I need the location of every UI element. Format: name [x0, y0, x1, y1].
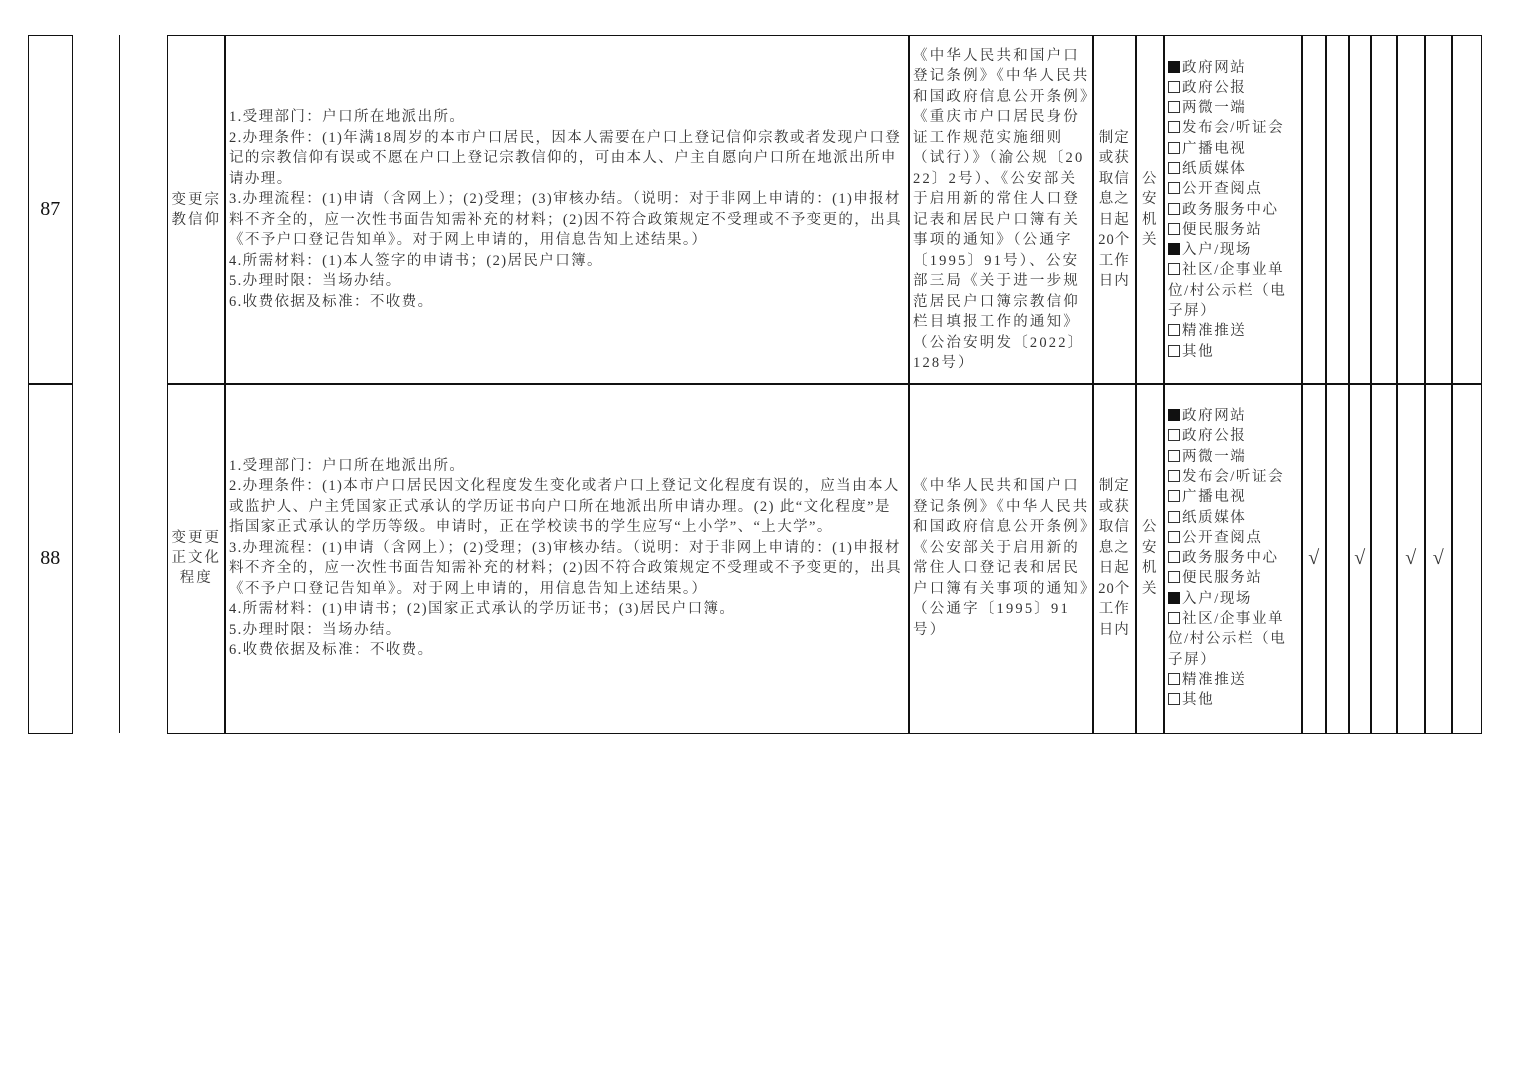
channel-label: 政府公报 — [1182, 428, 1246, 444]
checked-box-icon — [1168, 61, 1180, 73]
channel-option: 精准推送 — [1168, 670, 1299, 690]
channel-label: 公开查阅点 — [1182, 181, 1263, 197]
item-name-cell: 变更更正文化程度 — [167, 383, 226, 734]
channel-label: 社区/企事业单位/村公示栏（电子屏） — [1168, 262, 1286, 319]
unchecked-box-icon — [1168, 551, 1180, 563]
unchecked-box-icon — [1168, 450, 1180, 462]
channel-label: 其他 — [1182, 692, 1214, 708]
mark-cell — [1325, 35, 1350, 385]
legal-basis-cell: 《中华人民共和国户口登记条例》《中华人民共和国政府信息公开条例》《公安部关于启用… — [908, 383, 1094, 734]
channel-label: 精准推送 — [1182, 672, 1246, 688]
unchecked-box-icon — [1168, 142, 1180, 154]
channel-option: 公开查阅点 — [1168, 528, 1299, 548]
legal-basis-cell: 《中华人民共和国户口登记条例》《中华人民共和国政府信息公开条例》《重庆市户口居民… — [908, 35, 1094, 385]
mark-cell: √ — [1301, 383, 1327, 734]
disclosure-subject: 公安机关 — [1139, 517, 1161, 599]
channel-option: 纸质媒体 — [1168, 159, 1299, 179]
channel-option: 社区/企事业单位/村公示栏（电子屏） — [1168, 609, 1299, 670]
channel-label: 便民服务站 — [1182, 570, 1263, 586]
checked-box-icon — [1168, 243, 1180, 255]
content-line: 4.所需材料：(1)申请书；(2)国家正式承认的学历证书；(3)居民户口簿。 — [229, 599, 907, 620]
channel-label: 入户/现场 — [1182, 242, 1252, 258]
check-mark-icon: √ — [1433, 547, 1444, 570]
check-mark-icon: √ — [1405, 547, 1416, 570]
channel-option: 便民服务站 — [1168, 220, 1299, 240]
item-name: 变更宗教信仰 — [170, 190, 223, 230]
mark-cell — [1301, 35, 1327, 385]
channel-option: 政府公报 — [1168, 78, 1299, 98]
channel-option: 发布会/听证会 — [1168, 467, 1299, 487]
unchecked-box-icon — [1168, 429, 1180, 441]
row-number: 88 — [40, 547, 60, 570]
time-limit-cell: 制定或获取信息之日起20个工作日内 — [1092, 383, 1137, 734]
unchecked-box-icon — [1168, 81, 1180, 93]
channel-option: 公开查阅点 — [1168, 179, 1299, 199]
channel-label: 政府公报 — [1182, 80, 1246, 96]
channel-option: 广播电视 — [1168, 487, 1299, 507]
unchecked-box-icon — [1168, 531, 1180, 543]
content-line: 2.办理条件：(1)本市户口居民因文化程度发生变化或者户口上登记文化程度有误的，… — [229, 476, 907, 538]
time-limit: 制定或获取信息之日起20个工作日内 — [1096, 476, 1133, 640]
mark-cell — [1348, 35, 1372, 385]
subject-cell: 公安机关 — [1135, 383, 1165, 734]
channel-option: 纸质媒体 — [1168, 508, 1299, 528]
unchecked-box-icon — [1168, 203, 1180, 215]
channel-option: 两微一端 — [1168, 98, 1299, 118]
channel-label: 精准推送 — [1182, 323, 1246, 339]
row-number-cell: 88 — [28, 383, 73, 734]
subject-cell: 公安机关 — [1135, 35, 1165, 385]
channel-option: 便民服务站 — [1168, 568, 1299, 588]
channel-option: 政务服务中心 — [1168, 200, 1299, 220]
channel-label: 广播电视 — [1182, 489, 1246, 505]
content-line: 3.办理流程：(1)申请（含网上）；(2)受理；(3)审核办结。（说明：对于非网… — [229, 538, 907, 600]
channel-label: 公开查阅点 — [1182, 530, 1263, 546]
channel-label: 其他 — [1182, 344, 1214, 360]
channel-label: 两微一端 — [1182, 449, 1246, 465]
content-line: 6.收费依据及标准：不收费。 — [229, 292, 907, 313]
unchecked-box-icon — [1168, 511, 1180, 523]
row-number: 87 — [40, 198, 60, 221]
time-limit: 制定或获取信息之日起20个工作日内 — [1096, 128, 1133, 292]
channel-label: 政务服务中心 — [1182, 550, 1279, 566]
mark-cell — [1451, 383, 1482, 734]
item-name-cell: 变更宗教信仰 — [167, 35, 226, 385]
check-mark-icon: √ — [1308, 547, 1319, 570]
channel-label: 广播电视 — [1182, 141, 1246, 157]
channel-label: 政府网站 — [1182, 408, 1246, 424]
channel-label: 便民服务站 — [1182, 222, 1263, 238]
checked-box-icon — [1168, 409, 1180, 421]
legal-basis: 《中华人民共和国户口登记条例》《中华人民共和国政府信息公开条例》《重庆市户口居民… — [913, 46, 1090, 374]
channel-label: 发布会/听证会 — [1182, 120, 1284, 136]
legal-basis: 《中华人民共和国户口登记条例》《中华人民共和国政府信息公开条例》《公安部关于启用… — [913, 476, 1090, 640]
unchecked-box-icon — [1168, 182, 1180, 194]
channel-option: 政府网站 — [1168, 58, 1299, 78]
mark-cell — [1370, 383, 1398, 734]
channel-label: 纸质媒体 — [1182, 161, 1246, 177]
unchecked-box-icon — [1168, 470, 1180, 482]
column-divider — [119, 35, 120, 733]
content-line: 1.受理部门：户口所在地派出所。 — [229, 107, 907, 128]
channels-cell: 政府网站政府公报两微一端发布会/听证会广播电视纸质媒体公开查阅点政务服务中心便民… — [1163, 383, 1303, 734]
unchecked-box-icon — [1168, 101, 1180, 113]
unchecked-box-icon — [1168, 571, 1180, 583]
unchecked-box-icon — [1168, 673, 1180, 685]
channel-option: 政府公报 — [1168, 426, 1299, 446]
item-content-cell: 1.受理部门：户口所在地派出所。2.办理条件：(1)本市户口居民因文化程度发生变… — [224, 383, 910, 734]
unchecked-box-icon — [1168, 324, 1180, 336]
unchecked-box-icon — [1168, 263, 1180, 275]
channel-label: 政务服务中心 — [1182, 202, 1279, 218]
mark-cell — [1451, 35, 1482, 385]
check-mark-icon: √ — [1354, 547, 1365, 570]
checked-box-icon — [1168, 592, 1180, 604]
content-line: 5.办理时限：当场办结。 — [229, 620, 907, 641]
time-limit-cell: 制定或获取信息之日起20个工作日内 — [1092, 35, 1137, 385]
channel-option: 两微一端 — [1168, 447, 1299, 467]
channel-option: 发布会/听证会 — [1168, 118, 1299, 138]
channel-option: 入户/现场 — [1168, 589, 1299, 609]
channel-option: 入户/现场 — [1168, 240, 1299, 260]
channels-cell: 政府网站政府公报两微一端发布会/听证会广播电视纸质媒体公开查阅点政务服务中心便民… — [1163, 35, 1303, 385]
unchecked-box-icon — [1168, 693, 1180, 705]
channel-option: 其他 — [1168, 342, 1299, 362]
mark-cell — [1396, 35, 1426, 385]
mark-cell — [1370, 35, 1398, 385]
content-line: 4.所需材料：(1)本人签字的申请书；(2)居民户口簿。 — [229, 251, 907, 272]
channel-label: 发布会/听证会 — [1182, 469, 1284, 485]
channel-label: 纸质媒体 — [1182, 510, 1246, 526]
channel-label: 入户/现场 — [1182, 591, 1252, 607]
content-line: 2.办理条件：(1)年满18周岁的本市户口居民，因本人需要在户口上登记信仰宗教或… — [229, 128, 907, 190]
channel-option: 广播电视 — [1168, 139, 1299, 159]
mark-cell — [1325, 383, 1350, 734]
unchecked-box-icon — [1168, 121, 1180, 133]
channel-option: 政府网站 — [1168, 406, 1299, 426]
unchecked-box-icon — [1168, 612, 1180, 624]
channel-option: 精准推送 — [1168, 321, 1299, 341]
unchecked-box-icon — [1168, 345, 1180, 357]
mark-cell: √ — [1348, 383, 1372, 734]
content-line: 1.受理部门：户口所在地派出所。 — [229, 456, 907, 477]
channel-option: 社区/企事业单位/村公示栏（电子屏） — [1168, 260, 1299, 321]
mark-cell: √ — [1424, 383, 1453, 734]
content-line: 6.收费依据及标准：不收费。 — [229, 640, 907, 661]
item-name: 变更更正文化程度 — [170, 528, 223, 588]
channel-label: 两微一端 — [1182, 100, 1246, 116]
item-content-cell: 1.受理部门：户口所在地派出所。2.办理条件：(1)年满18周岁的本市户口居民，… — [224, 35, 910, 385]
disclosure-subject: 公安机关 — [1139, 169, 1161, 251]
content-line: 3.办理流程：(1)申请（含网上）；(2)受理；(3)审核办结。（说明：对于非网… — [229, 189, 907, 251]
row-number-cell: 87 — [28, 35, 73, 385]
channel-option: 政务服务中心 — [1168, 548, 1299, 568]
content-line: 5.办理时限：当场办结。 — [229, 271, 907, 292]
unchecked-box-icon — [1168, 490, 1180, 502]
channel-label: 社区/企事业单位/村公示栏（电子屏） — [1168, 611, 1286, 668]
channel-label: 政府网站 — [1182, 60, 1246, 76]
unchecked-box-icon — [1168, 162, 1180, 174]
unchecked-box-icon — [1168, 223, 1180, 235]
channel-option: 其他 — [1168, 690, 1299, 710]
mark-cell: √ — [1396, 383, 1426, 734]
mark-cell — [1424, 35, 1453, 385]
